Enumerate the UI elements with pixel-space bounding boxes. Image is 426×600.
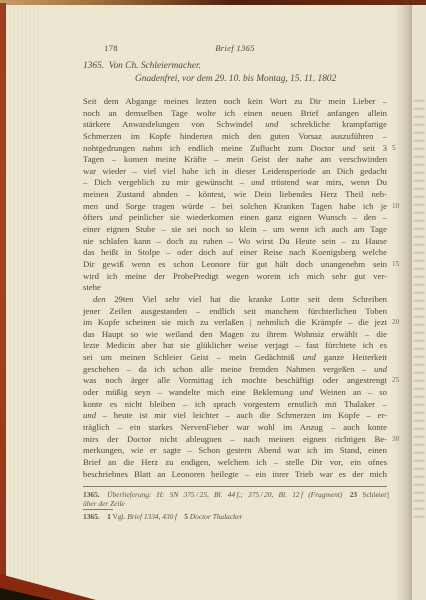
text-line: das heißt in Stolpe – oder doch auf eine… (83, 247, 387, 259)
text-line: meinen Zustand ahnden – köntest, wie Dei… (83, 189, 387, 201)
text-line: sei um meinen Schleier Geist – mein Gedä… (83, 352, 387, 364)
text-line: jener Zeilen ausgestanden – endlich seit… (83, 306, 387, 318)
text-line: Seit dem Abgange meines lezten noch kein… (83, 96, 387, 108)
text-line: lezte Medicin aber hat sie glüklicher we… (83, 340, 387, 352)
text-line: wird ich meine der ProbePredigt wegen wo… (83, 271, 387, 283)
text-line: merkungen, wie er sagte – Schon gestern … (83, 445, 387, 457)
facing-page-edge (411, 5, 426, 600)
running-head: 178 Brief 1365 (83, 43, 387, 55)
corner-shadow (0, 588, 52, 600)
text-line: Schmerzen im Kopfe hinderten mich den gu… (83, 131, 387, 143)
book-page-scan: 178 Brief 1365 1365. Von Ch. Schleiermac… (0, 0, 426, 600)
text-line: geschehen – da ich schon alle meine frem… (83, 364, 387, 376)
text-line: – Dich vergeblich zu mir gewünscht – und… (83, 177, 387, 189)
facing-page-faint-text (414, 100, 425, 520)
text-line: beschriebnes Blatt an Leonoren beilegte … (83, 469, 387, 481)
margin-line-number: 25 (392, 375, 406, 387)
text-line: stehe (83, 282, 387, 294)
text-line: Dir gewiß wenn es schon Leonore für gut … (83, 259, 387, 271)
text-line: nohtgedrungen nahm ich endlich meine Zuf… (83, 143, 387, 155)
text-line: öfters und peinlicher sie wiederkomen ei… (83, 212, 387, 224)
apparatus-commentary: 1365. 1 Vgl. Brief 1334, 430 f 5 Doctor … (83, 512, 389, 522)
running-head-title: Brief 1365 (83, 43, 387, 53)
text-line: nie schlafen kann – doch zu ruhen – Wo w… (83, 236, 387, 248)
letter-heading: 1365. Von Ch. Schleiermacher. Gnadenfrei… (83, 60, 387, 85)
text-line: träglich – ein starkes NervenFieber war … (83, 422, 387, 434)
letter-number-and-sender: 1365. Von Ch. Schleiermacher. (83, 60, 387, 73)
text-line: oder müßig seyn – wandelte mich eine Bek… (83, 387, 387, 399)
text-line: und – heute ist mir viel leichter – auch… (83, 410, 387, 422)
margin-line-number: 20 (392, 317, 406, 329)
text-line: im Kopfe scheinen sie mich zu verlaßen |… (83, 317, 387, 329)
text-line: war wieder – viel viel habe ich in diese… (83, 166, 387, 178)
text-line: stärkere Anwandelungen von Schwindel und… (83, 119, 387, 131)
margin-line-number: 5 (392, 143, 406, 155)
apparatus-separator-rule (83, 486, 387, 487)
text-line: den 29ten Viel sehr viel hat die kranke … (83, 294, 387, 306)
text-line: einer eignen Stube – sie sei noch so kle… (83, 224, 387, 236)
book-cover-left-edge (0, 3, 6, 578)
margin-line-number: 15 (392, 259, 406, 271)
text-line: mirs der Doctor nicht ableugnen – nach m… (83, 434, 387, 446)
page-edge-striations (6, 5, 40, 595)
book-cover-top-edge (0, 0, 426, 5)
apparatus-ueberlieferung-line2: über der Zeile (83, 499, 389, 509)
text-line: men und Sorge tragen würde – bei solchen… (83, 201, 387, 213)
text-line: das Haupt so wie weiland den Magen zu ih… (83, 329, 387, 341)
text-line: konte es nicht bleiben – ich sprach vorg… (83, 399, 387, 411)
apparatus-short-rule (83, 509, 113, 510)
text-line: was noch ärger alle Vormittag ich mochte… (83, 375, 387, 387)
letter-body: Seit dem Abgange meines lezten noch kein… (83, 96, 387, 480)
text-line: Brief an die Herz zu endigen, welchem ic… (83, 457, 387, 469)
text-line: noch an demselben Tage wolte ich einen n… (83, 108, 387, 120)
letter-place-and-date: Gnadenfrei, vor dem 29. 10. bis Montag, … (83, 73, 387, 86)
text-line: Tagen – komen meine Kräfte – mein Geist … (83, 154, 387, 166)
margin-line-number: 10 (392, 201, 406, 213)
page-gutter-shadow (394, 0, 412, 600)
margin-line-number: 30 (392, 434, 406, 446)
